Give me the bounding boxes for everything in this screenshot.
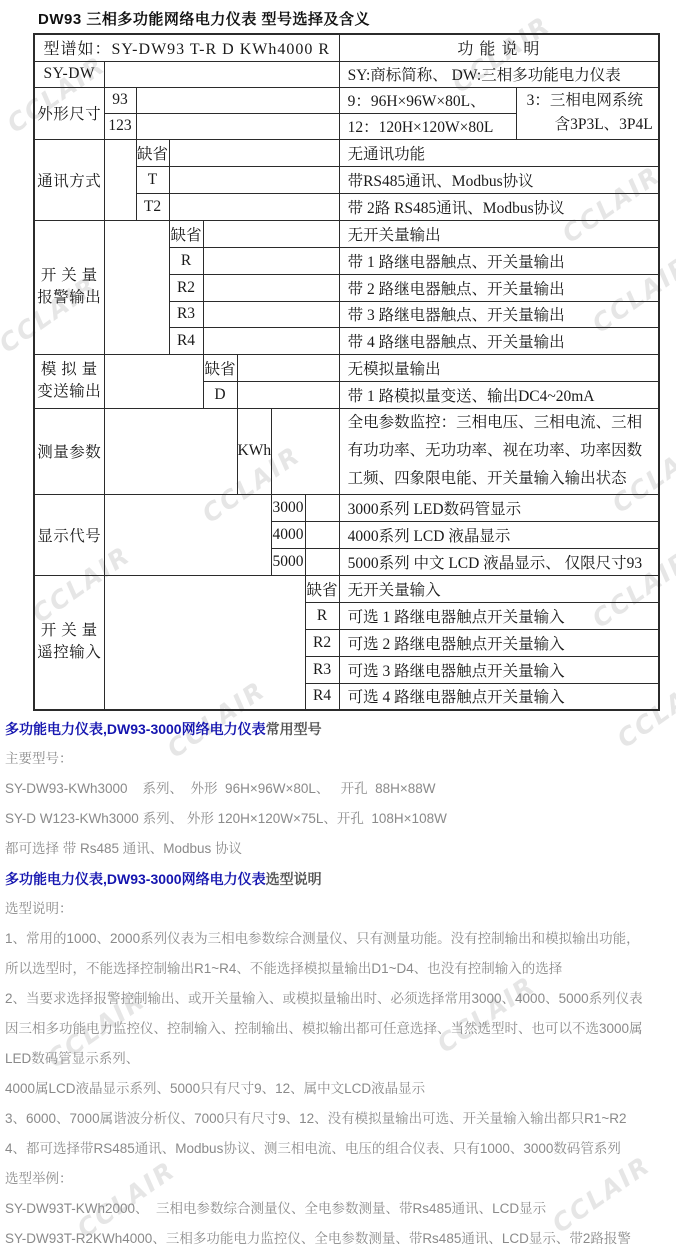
alarm-code-cell: 缺省	[169, 220, 203, 247]
remote-desc-cell: 可选 4 路继电器触点开关量输入	[339, 683, 659, 710]
notes-heading2-rest: 选型说明	[266, 871, 322, 887]
display-label-cell: 显示代号	[34, 494, 104, 575]
comm-desc-cell: 无通讯功能	[339, 139, 659, 166]
brand-desc-cell: SY:商标简称、 DW:三相多功能电力仪表	[339, 61, 659, 87]
alarm-code-cell: R	[169, 247, 203, 274]
notes-line: LED数码管显示系列、	[5, 1044, 676, 1074]
size-label-cell: 外形尺寸	[34, 87, 104, 139]
measure-desc-line3: 工频、四象限电能、开关量输入输出状态	[348, 465, 659, 493]
comm-code-cell: T	[136, 166, 169, 193]
alarm-output-label-line2: 报警输出	[35, 287, 104, 309]
notes-line: 因三相多功能电力监控仪、控制输入、控制输出、模拟输出都可任意选择、当然选型时、也…	[5, 1014, 676, 1044]
comm-desc-cell: 带 2路 RS485通讯、Modbus协议	[339, 193, 659, 220]
remote-desc-cell: 无开关量输入	[339, 575, 659, 602]
notes-line: SY-D W123-KWh3000 系列、 外形 120H×120W×75L、开…	[5, 804, 676, 834]
size-desc-123-cell: 12：120H×120W×80L	[339, 113, 516, 139]
comm-label-cell: 通讯方式	[34, 139, 104, 220]
alarm-desc-cell: 带 4 路继电器触点、开关量输出	[339, 327, 659, 354]
display-desc-cell: 3000系列 LED数码管显示	[339, 494, 659, 521]
empty-cell	[104, 408, 237, 494]
empty-cell	[104, 575, 305, 710]
empty-cell	[104, 354, 203, 408]
alarm-code-cell: R2	[169, 274, 203, 301]
alarm-output-label-line1: 开 关 量	[35, 265, 104, 287]
analog-desc-cell: 带 1 路模拟量变送、输出DC4~20mA	[339, 381, 659, 408]
remote-input-label-cell: 开 关 量 遥控输入	[34, 575, 104, 710]
empty-cell	[203, 274, 339, 301]
measure-label-cell: 测量参数	[34, 408, 104, 494]
display-desc-cell: 5000系列 中文 LCD 液晶显示、 仅限尺寸93	[339, 548, 659, 575]
notes-heading2-blue: 多功能电力仪表,DW93-3000网络电力仪表	[5, 871, 266, 887]
notes-line: 4、都可选择带RS485通讯、Modbus协议、测三相电流、电压的组合仪表、只有…	[5, 1134, 676, 1164]
analog-code-cell: 缺省	[203, 354, 237, 381]
page: CCLAIR CCLAIR CCLAIR CCLAIR CCLAIR CCLAI…	[0, 0, 676, 1253]
notes-section: 多功能电力仪表,DW93-3000网络电力仪表常用型号 主要型号： SY-DW9…	[0, 711, 676, 1253]
notes-heading-common-models: 多功能电力仪表,DW93-3000网络电力仪表常用型号	[5, 714, 676, 744]
empty-cell	[136, 87, 339, 113]
measure-code-cell: KWh	[237, 408, 271, 494]
remote-desc-cell: 可选 3 路继电器触点开关量输入	[339, 656, 659, 683]
notes-line: 选型说明：	[5, 894, 676, 924]
alarm-desc-cell: 带 1 路继电器触点、开关量输出	[339, 247, 659, 274]
analog-code-cell: D	[203, 381, 237, 408]
empty-cell	[136, 113, 339, 139]
empty-cell	[237, 381, 339, 408]
alarm-desc-cell: 无开关量输出	[339, 220, 659, 247]
measure-desc-line2: 有功功率、无功功率、视在功率、功率因数	[348, 437, 659, 465]
remote-input-label-line1: 开 关 量	[35, 620, 104, 642]
remote-code-cell: R2	[305, 629, 339, 656]
size-code-93-cell: 93	[104, 87, 136, 113]
notes-heading1-rest: 常用型号	[266, 721, 322, 737]
notes-line: SY-DW93T-KWh2000、 三相电参数综合测量仪、全电参数测量、带Rs4…	[5, 1194, 676, 1224]
empty-cell	[203, 327, 339, 354]
empty-cell	[203, 301, 339, 327]
comm-desc-cell: 带RS485通讯、Modbus协议	[339, 166, 659, 193]
size-code-123-cell: 123	[104, 113, 136, 139]
notes-line: SY-DW93-KWh3000 系列、 外形 96H×96W×80L、 开孔 8…	[5, 774, 676, 804]
notes-heading1-blue: 多功能电力仪表,DW93-3000网络电力仪表	[5, 721, 266, 737]
measure-desc-line1: 全电参数监控：三相电压、三相电流、三相	[348, 409, 659, 437]
empty-cell	[305, 521, 339, 548]
notes-line: 2、当要求选择报警控制输出、或开关量输入、或模拟量输出时、必须选择常用3000、…	[5, 984, 676, 1014]
notes-line: 所以选型时，不能选择控制输出R1~R4、不能选择模拟量输出D1~D4、也没有控制…	[5, 954, 676, 984]
model-format-header: 型谱如：SY-DW93 T-R D KWh4000 R	[34, 34, 339, 61]
empty-cell	[104, 139, 136, 220]
analog-output-label-cell: 模 拟 量 变送输出	[34, 354, 104, 408]
model-selection-table: 型谱如：SY-DW93 T-R D KWh4000 R 功 能 说 明 SY-D…	[33, 33, 660, 711]
empty-cell	[169, 193, 339, 220]
analog-output-label-line1: 模 拟 量	[35, 359, 104, 381]
notes-line: 4000属LCD液晶显示系列、5000只有尺寸9、12、属中文LCD液晶显示	[5, 1074, 676, 1104]
function-desc-header: 功 能 说 明	[339, 34, 659, 61]
brand-code-cell: SY-DW	[34, 61, 104, 87]
display-code-cell: 3000	[271, 494, 305, 521]
empty-cell	[104, 494, 271, 575]
size-desc-93-cell: 9：96H×96W×80L、	[339, 87, 516, 113]
notes-line: 选型举例：	[5, 1164, 676, 1194]
remote-input-label-line2: 遥控输入	[35, 642, 104, 664]
remote-code-cell: R3	[305, 656, 339, 683]
alarm-desc-cell: 带 3 路继电器触点、开关量输出	[339, 301, 659, 327]
empty-cell	[305, 548, 339, 575]
empty-cell	[203, 220, 339, 247]
notes-line: 3、6000、7000属谐波分析仪、7000只有尺寸9、12、没有模拟量输出可选…	[5, 1104, 676, 1134]
analog-desc-cell: 无模拟量输出	[339, 354, 659, 381]
alarm-code-cell: R4	[169, 327, 203, 354]
display-code-cell: 4000	[271, 521, 305, 548]
grid-system-note-line2: 含3P3L、3P4L	[527, 113, 659, 137]
remote-code-cell: R4	[305, 683, 339, 710]
notes-line: SY-DW93T-R2KWh4000、三相多功能电力监控仪、全电参数测量、带Rs…	[5, 1224, 676, 1253]
notes-heading-selection-guide: 多功能电力仪表,DW93-3000网络电力仪表选型说明	[5, 864, 676, 894]
remote-code-cell: R	[305, 602, 339, 629]
notes-line: 1、常用的1000、2000系列仪表为三相电参数综合测量仪、只有测量功能。没有控…	[5, 924, 676, 954]
empty-cell	[104, 61, 339, 87]
empty-cell	[169, 139, 339, 166]
alarm-desc-cell: 带 2 路继电器触点、开关量输出	[339, 274, 659, 301]
empty-cell	[203, 247, 339, 274]
display-code-cell: 5000	[271, 548, 305, 575]
empty-cell	[305, 494, 339, 521]
empty-cell	[104, 220, 169, 354]
empty-cell	[237, 354, 339, 381]
display-desc-cell: 4000系列 LCD 液晶显示	[339, 521, 659, 548]
grid-system-note-line1: 3：三相电网系统	[527, 89, 659, 113]
remote-desc-cell: 可选 2 路继电器触点开关量输入	[339, 629, 659, 656]
measure-desc-cell: 全电参数监控：三相电压、三相电流、三相 有功功率、无功功率、视在功率、功率因数 …	[339, 408, 659, 494]
notes-line: 主要型号：	[5, 744, 676, 774]
alarm-output-label-cell: 开 关 量 报警输出	[34, 220, 104, 354]
remote-desc-cell: 可选 1 路继电器触点开关量输入	[339, 602, 659, 629]
notes-line: 都可选择 带 Rs485 通讯、Modbus 协议	[5, 834, 676, 864]
empty-cell	[169, 166, 339, 193]
remote-code-cell: 缺省	[305, 575, 339, 602]
alarm-code-cell: R3	[169, 301, 203, 327]
analog-output-label-line2: 变送输出	[35, 381, 104, 403]
empty-cell	[271, 408, 339, 494]
grid-system-note-cell: 3：三相电网系统 含3P3L、3P4L	[516, 87, 659, 139]
comm-code-cell: T2	[136, 193, 169, 220]
page-title: DW93 三相多功能网络电力仪表 型号选择及含义	[0, 0, 676, 33]
comm-code-cell: 缺省	[136, 139, 169, 166]
